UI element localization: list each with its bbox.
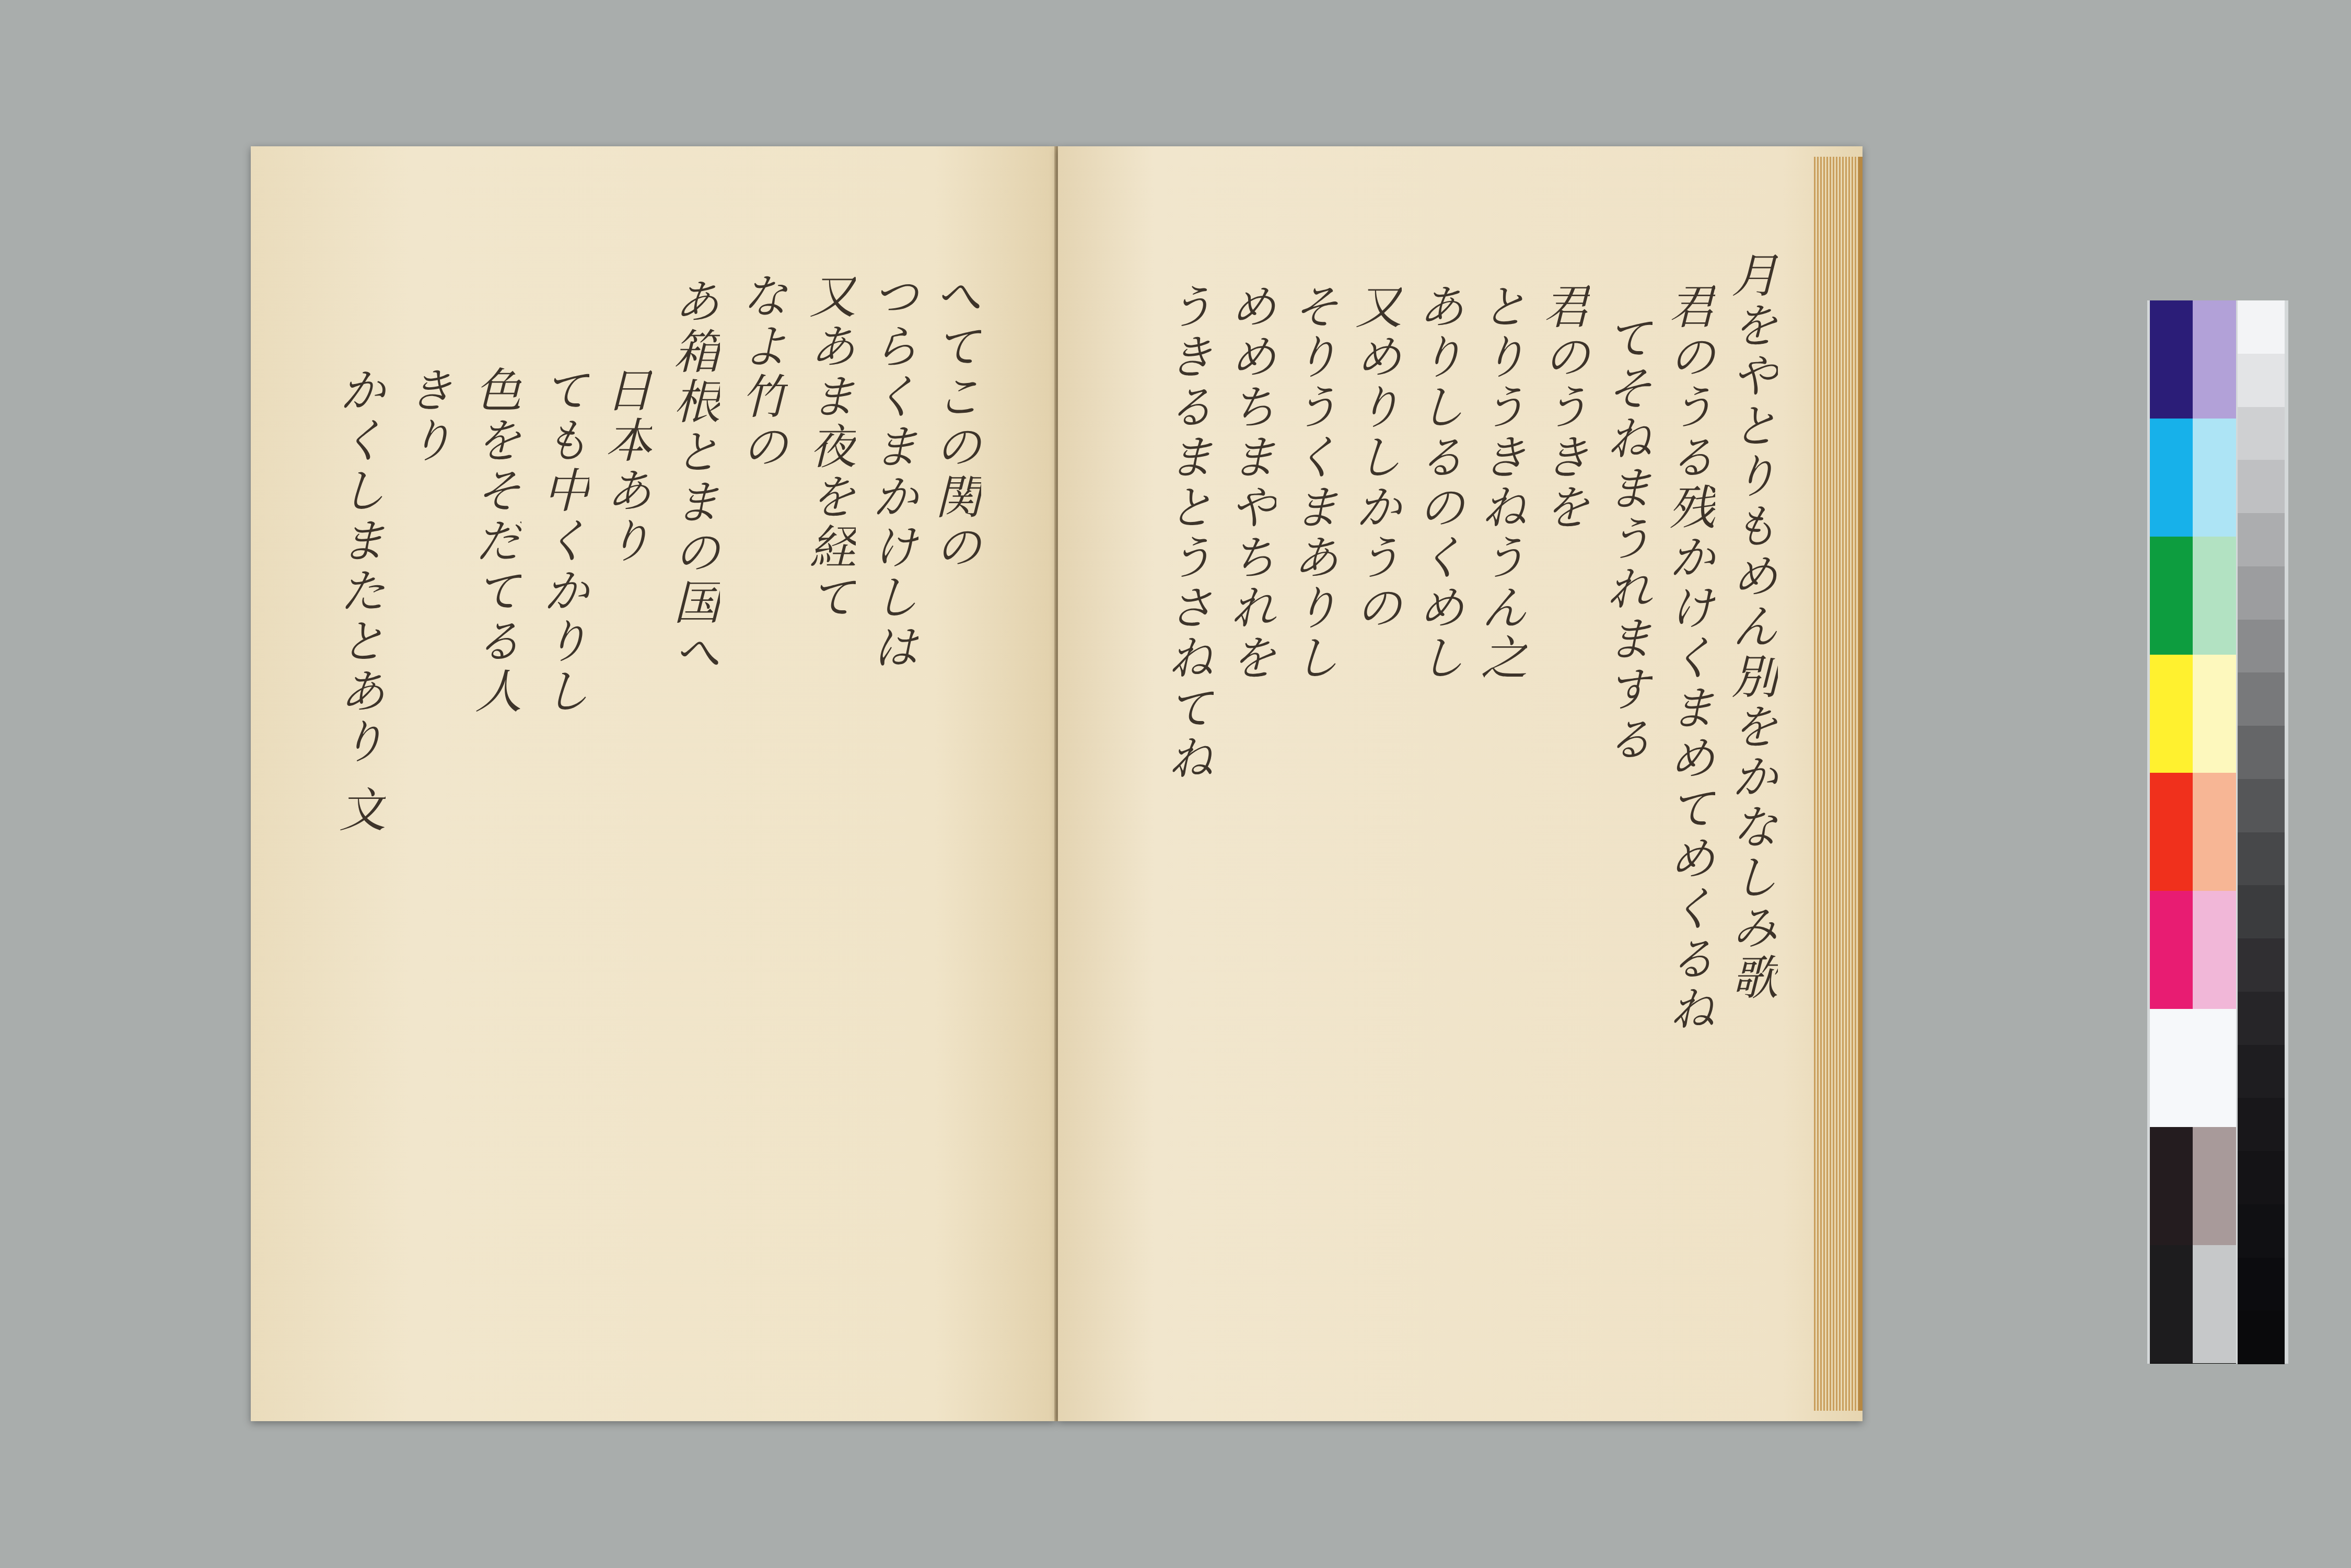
color-swatch bbox=[2150, 773, 2193, 891]
color-swatch bbox=[2193, 655, 2236, 773]
text-column: かくしまたとあり 文 bbox=[334, 366, 381, 835]
gray-step bbox=[2238, 1098, 2285, 1152]
color-swatch bbox=[2150, 419, 2193, 537]
color-swatch bbox=[2193, 1127, 2236, 1246]
gray-step bbox=[2238, 885, 2285, 939]
gray-step bbox=[2238, 992, 2285, 1046]
color-swatch bbox=[2150, 1245, 2193, 1364]
text-column: 又あま夜を経て bbox=[805, 272, 852, 623]
gray-step bbox=[2238, 1045, 2285, 1099]
gray-step bbox=[2238, 726, 2285, 780]
gray-step bbox=[2238, 1258, 2285, 1311]
color-swatch bbox=[2193, 891, 2236, 1009]
gray-step bbox=[2238, 620, 2285, 673]
text-column: ありしるのくめし bbox=[1413, 282, 1460, 683]
color-swatch bbox=[2150, 655, 2193, 773]
text-column: 月をやとりもめん別をかなしみ歌 bbox=[1727, 251, 1774, 1003]
color-swatch bbox=[2150, 1127, 2193, 1246]
page-edges bbox=[1814, 157, 1863, 1411]
color-swatch bbox=[2193, 419, 2236, 537]
color-calibration-chart bbox=[2147, 300, 2288, 1364]
text-column: そりうくまありし bbox=[1288, 282, 1335, 683]
text-column: なよ竹の bbox=[737, 272, 784, 472]
gray-step bbox=[2238, 407, 2285, 461]
text-column: あ箱根とまの国へ bbox=[669, 277, 716, 678]
text-column: うきるまとうさねてね bbox=[1162, 282, 1209, 784]
text-column: 日本あり bbox=[601, 366, 648, 566]
gray-step bbox=[2238, 1310, 2285, 1364]
color-swatch bbox=[2150, 300, 2193, 419]
gray-step bbox=[2238, 300, 2285, 354]
gray-step bbox=[2238, 1204, 2285, 1258]
gray-step bbox=[2238, 1151, 2285, 1205]
text-column: とりうきねうん之 bbox=[1476, 282, 1523, 683]
color-swatch bbox=[2150, 891, 2193, 1009]
color-swatch bbox=[2193, 1245, 2236, 1364]
color-swatch bbox=[2193, 300, 2236, 419]
color-swatch bbox=[2193, 773, 2236, 891]
right-page: 月をやとりもめん別をかなしみ歌 君のうる残かけくまめてめくるね てそねまうれます… bbox=[1058, 146, 1863, 1421]
text-column: てそねまうれまする bbox=[1601, 313, 1648, 765]
text-column: へてこの関の bbox=[930, 272, 977, 573]
text-column: つらくまかけしは bbox=[867, 272, 914, 673]
text-column: 君のうきを bbox=[1539, 282, 1586, 533]
open-book: へてこの関の つらくまかけしは 又あま夜を経て なよ竹の あ箱根とまの国へ 日本… bbox=[246, 141, 1907, 1426]
text-column: めめちまやちれを bbox=[1225, 282, 1272, 683]
gray-step bbox=[2238, 938, 2285, 992]
text-column: ても中くかりし bbox=[538, 366, 585, 717]
text-column: 君のうる残かけくまめてめくるね bbox=[1664, 282, 1711, 1035]
gray-step bbox=[2238, 672, 2285, 726]
gray-step bbox=[2238, 832, 2285, 886]
text-column: 又めりしかうの bbox=[1351, 282, 1398, 633]
white-swatch bbox=[2150, 1009, 2236, 1127]
color-swatch bbox=[2150, 537, 2193, 655]
text-column: きり bbox=[402, 366, 449, 466]
left-page: へてこの関の つらくまかけしは 又あま夜を経て なよ竹の あ箱根とまの国へ 日本… bbox=[251, 146, 1055, 1421]
gray-step bbox=[2238, 354, 2285, 408]
gray-step bbox=[2238, 779, 2285, 833]
gray-step bbox=[2238, 566, 2285, 620]
color-swatch bbox=[2193, 537, 2236, 655]
gray-step bbox=[2238, 513, 2285, 567]
text-column: 色をそだてる人 bbox=[470, 366, 517, 717]
gray-step bbox=[2238, 460, 2285, 514]
